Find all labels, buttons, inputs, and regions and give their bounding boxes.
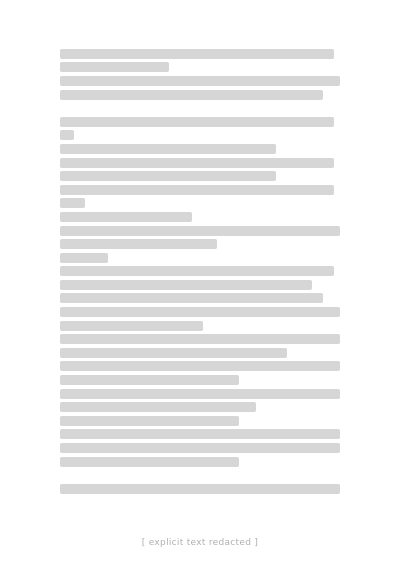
redacted-text-line	[60, 61, 340, 75]
redacted-text-line	[60, 197, 340, 211]
redacted-text-bar	[60, 307, 340, 317]
redacted-text-bar	[60, 402, 256, 412]
redacted-text-bar	[60, 484, 340, 494]
redacted-text-line	[60, 129, 340, 143]
redacted-text-bar	[60, 130, 74, 140]
redacted-text-bar	[60, 253, 108, 263]
paragraph	[60, 482, 340, 496]
redacted-text-bar	[60, 321, 203, 331]
redacted-text-line	[60, 428, 340, 442]
redacted-text-bar	[60, 144, 276, 154]
redacted-text-line	[60, 183, 340, 197]
redacted-text-line	[60, 156, 340, 170]
redacted-text-line	[60, 47, 340, 61]
redacted-text-bar	[60, 239, 217, 249]
redacted-text-bar	[60, 212, 192, 222]
redacted-text-line	[60, 305, 340, 319]
redacted-text-bar	[60, 457, 239, 467]
redacted-text-bar	[60, 361, 340, 371]
redacted-text-bar	[60, 198, 85, 208]
redacted-text-line	[60, 210, 340, 224]
redacted-text-line	[60, 441, 340, 455]
redacted-text-line	[60, 224, 340, 238]
redacted-text-line	[60, 319, 340, 333]
paragraph	[60, 47, 340, 101]
redacted-text-line	[60, 88, 340, 102]
redacted-text-line	[60, 414, 340, 428]
document-page	[0, 0, 400, 566]
redacted-text-bar	[60, 416, 239, 426]
redacted-text-bar	[60, 348, 287, 358]
redacted-text-bar	[60, 226, 340, 236]
redacted-text-bar	[60, 117, 334, 127]
redacted-text-line	[60, 482, 340, 496]
redacted-text-bar	[60, 171, 276, 181]
redacted-text-line	[60, 360, 340, 374]
redacted-text-line	[60, 400, 340, 414]
redacted-text-line	[60, 115, 340, 129]
paragraph	[60, 115, 340, 468]
redacted-text-bar	[60, 76, 340, 86]
redacted-text-bar	[60, 185, 334, 195]
redacted-text-line	[60, 265, 340, 279]
redacted-text-line	[60, 387, 340, 401]
redacted-text-line	[60, 237, 340, 251]
redacted-text-line	[60, 278, 340, 292]
redacted-text-line	[60, 74, 340, 88]
text-block	[60, 47, 340, 496]
redacted-text-line	[60, 346, 340, 360]
redacted-text-line	[60, 251, 340, 265]
redacted-text-line	[60, 169, 340, 183]
redacted-text-line	[60, 292, 340, 306]
redacted-text-bar	[60, 158, 334, 168]
redaction-notice: [ explicit text redacted ]	[0, 538, 400, 548]
redacted-text-line	[60, 455, 340, 469]
redacted-text-bar	[60, 389, 340, 399]
redacted-text-bar	[60, 375, 239, 385]
redacted-text-bar	[60, 443, 340, 453]
redacted-text-bar	[60, 90, 323, 100]
redacted-text-bar	[60, 429, 340, 439]
redacted-text-bar	[60, 62, 169, 72]
redacted-text-bar	[60, 280, 312, 290]
redacted-text-line	[60, 142, 340, 156]
redacted-text-bar	[60, 49, 334, 59]
redacted-text-bar	[60, 266, 334, 276]
redacted-text-line	[60, 373, 340, 387]
redacted-text-line	[60, 332, 340, 346]
redacted-text-bar	[60, 334, 340, 344]
redacted-text-bar	[60, 293, 323, 303]
